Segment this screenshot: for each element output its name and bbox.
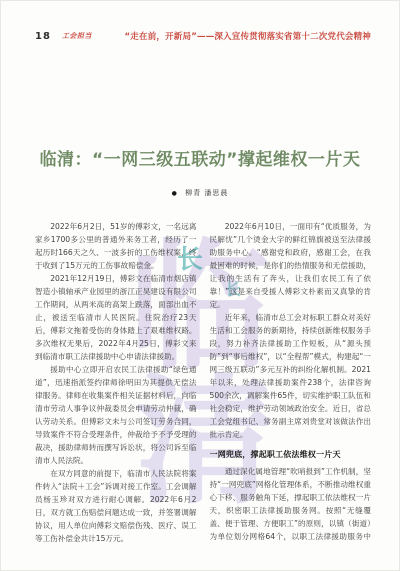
article-title: 临清：“一网三级五联动”撑起维权一片天: [21, 145, 379, 170]
body-paragraph: 通过深化属地管理“吹哨报到”工作机制，坚持“一网兜底”网格化管理体系，不断推动维…: [210, 465, 372, 544]
body-paragraph: 近年来，临清市总工会对标职工群众对美好生活和工会服务的新期待，持续创新维权服务手…: [210, 311, 372, 441]
body-paragraph: 2022年6月2日，51岁的傅彩文，一名远离家乡1700多公里的普通外来务工者，…: [35, 220, 197, 272]
magazine-page: 临 清 长 长 18 工会担当 “走在前，开新局”——深入宣传贯彻落实省第十二次…: [0, 0, 400, 571]
section-heading: 一网兜底，撑起职工依法维权一片天: [210, 448, 372, 461]
body-paragraph: 在双方同意的前提下，临清市人民法院将案件转入“法院＋工会”诉调对接工作室。工会调…: [35, 467, 197, 544]
byline-authors: 柳青 潘思晨: [185, 189, 228, 197]
right-column: 2022年6月10日，一面印有“优质服务，为民解忧”几个烫金大字的鲜红锦旗被送至…: [210, 220, 372, 544]
byline: ● 柳青 潘思晨: [1, 188, 399, 198]
body-paragraph: 2021年12月19日，傅彩文在临清市烟店镇智造小镇轴承产业园里的浙江正昊建设有…: [35, 272, 197, 363]
body-paragraph: 2022年6月10日，一面印有“优质服务，为民解忧”几个烫金大字的鲜红锦旗被送至…: [210, 220, 372, 311]
body-paragraph: 援助中心立即开启农民工法律援助“绿色通道”，迅速指派签约律师徐明田为其提供无偿法…: [35, 363, 197, 467]
left-column: 2022年6月2日，51岁的傅彩文，一名远离家乡1700多公里的普通外来务工者，…: [35, 220, 197, 544]
byline-bullet-icon: ●: [172, 190, 178, 197]
header-slogan: “走在前，开新局”——深入宣传贯彻落实省第十二次党代会精神: [125, 30, 371, 42]
magazine-section-logo: 工会担当: [62, 31, 92, 41]
page-header: 18 工会担当 “走在前，开新局”——深入宣传贯彻落实省第十二次党代会精神: [35, 30, 371, 42]
article-body: 2022年6月2日，51岁的傅彩文，一名远离家乡1700多公里的普通外来务工者，…: [35, 220, 371, 544]
page-number: 18: [35, 31, 51, 42]
